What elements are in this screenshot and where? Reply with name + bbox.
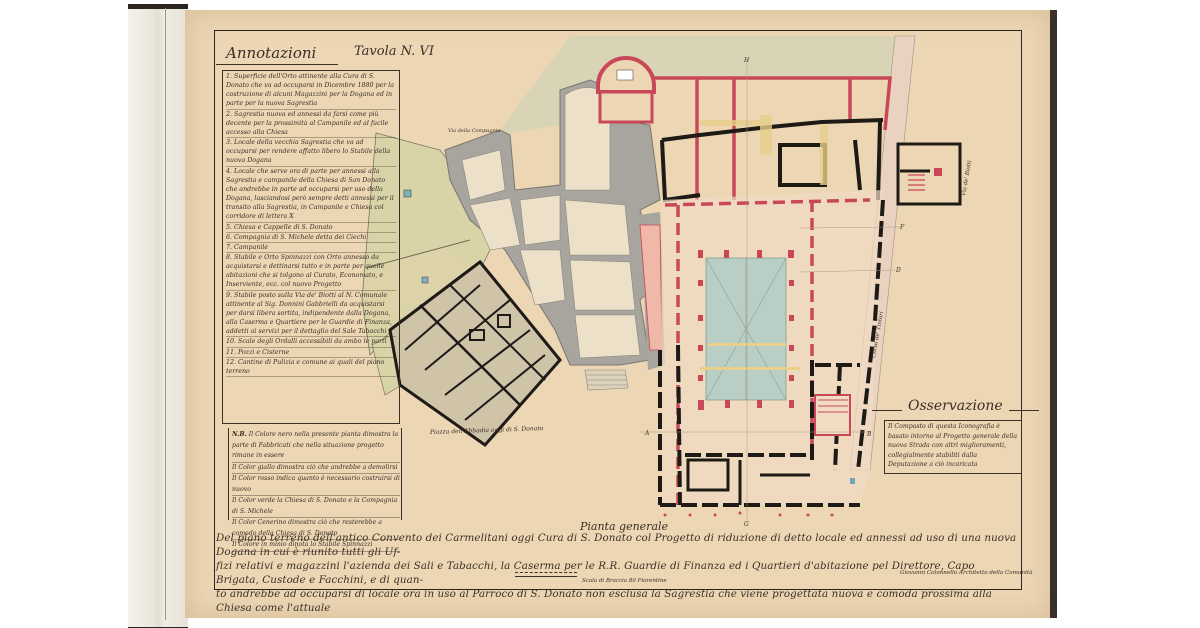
marker-f: F — [899, 224, 905, 231]
marker-g: G — [744, 521, 749, 528]
annotation-item: 6. Compagnia di S. Michele detta dei Cie… — [226, 233, 396, 243]
annotation-item: 8. Stabile e Orto Spinnazzi con Orto ann… — [226, 253, 396, 291]
scale-label: Scala di Braccia 80 Fiorentine — [582, 578, 667, 584]
architect-signature: Giovanni Colonnello Architetto della Com… — [900, 570, 1033, 576]
annotation-item: 7. Campanile — [226, 243, 396, 253]
annotation-item: 3. Locale della vecchia Sagrestia che va… — [226, 138, 396, 166]
scale-bar — [515, 572, 577, 577]
marker-b: B — [866, 431, 872, 438]
marker-d: D — [895, 267, 901, 274]
annotations-title: Annotazioni — [226, 44, 316, 62]
caption-line: to andrebbe ad occuparsi di locale ora i… — [216, 587, 1020, 615]
marker-a: A — [644, 430, 650, 437]
nota-bene-item: Il Color rosso indica quanto è necessari… — [232, 474, 400, 496]
label-via-biotti: Via de' Biotti — [961, 160, 973, 197]
annotation-item: 12. Cantine di Pulizia e comune ai quali… — [226, 358, 396, 377]
nota-bene-item: N.B. Il Colore nero nella presente piant… — [232, 430, 400, 463]
annotation-item: 2. Sagrestia nuova ed annessi da farsi c… — [226, 110, 396, 138]
osservazione-text: Il Compasto di questa Iconografia è basa… — [888, 422, 1018, 470]
annotation-item: 11. Pozzi e Cisterne — [226, 348, 396, 358]
annotation-item: 4. Locale che serve ora di parte per ann… — [226, 167, 396, 223]
annotation-item: 1. Superficie dell'Orto attinente alla C… — [226, 72, 396, 110]
caption-line: Del piano terreno dell'antico Convento d… — [216, 531, 1020, 559]
marker-h: H — [743, 57, 750, 64]
nota-bene-item: Il Color verde la Chiesa di S. Donato e … — [232, 496, 400, 518]
plate-number: Tavola N. VI — [354, 44, 434, 59]
annotation-item: 9. Stabile posto sulla Via de' Biotti al… — [226, 291, 396, 338]
osservazione-title: Osservazione — [908, 398, 1003, 414]
annotation-item: 10. Scale degli Ordalli accessibili da a… — [226, 337, 396, 347]
label-via-compagnia: Via della Compagnia — [448, 128, 500, 134]
nota-bene-label: N.B. — [232, 431, 247, 438]
annotation-item: 5. Chiesa e Cappelle di S. Donato — [226, 223, 396, 233]
annotations-list: 1. Superficie dell'Orto attinente alla C… — [226, 72, 396, 377]
nota-bene-item: Il Color giallo dimostra ciò che andrebb… — [232, 463, 400, 475]
